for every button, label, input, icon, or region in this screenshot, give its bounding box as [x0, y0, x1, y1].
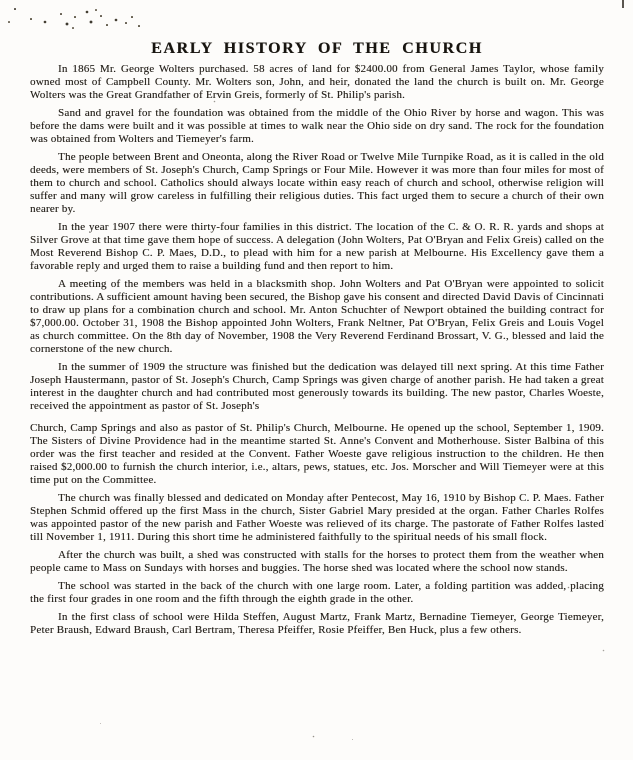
paragraph-horse-shed: After the church was built, a shed was c… — [30, 549, 604, 575]
paragraph-year-1907-delegation: In the year 1907 there were thirty-four … — [30, 221, 604, 273]
paragraph-land-purchase: In 1865 Mr. George Wolters purchased. 58… — [30, 63, 604, 102]
paragraph-summer-1909-structure: In the summer of 1909 the structure was … — [30, 361, 604, 413]
paragraph-sand-gravel-foundation: Sand and gravel for the foundation was o… — [30, 107, 604, 146]
paragraph-camp-springs-continuation: Church, Camp Springs and also as pastor … — [30, 422, 604, 487]
scan-speckles-scattered — [0, 0, 1, 1]
scanned-document-page: EARLY HISTORY OF THE CHURCH In 1865 Mr. … — [0, 0, 633, 760]
paragraph-blacksmith-shop-meeting: A meeting of the members was held in a b… — [30, 278, 604, 356]
paragraph-people-between-brent-oneonta: The people between Brent and Oneonta, al… — [30, 151, 604, 216]
paragraph-first-class-names: In the first class of school were Hilda … — [30, 611, 604, 637]
scan-speckles-topleft — [14, 8, 16, 10]
scan-mark-top-right — [622, 0, 624, 8]
paragraph-school-started: The school was started in the back of th… — [30, 580, 604, 606]
paragraph-church-dedication-1910: The church was finally blessed and dedic… — [30, 492, 604, 544]
document-title: EARLY HISTORY OF THE CHURCH — [30, 40, 604, 58]
